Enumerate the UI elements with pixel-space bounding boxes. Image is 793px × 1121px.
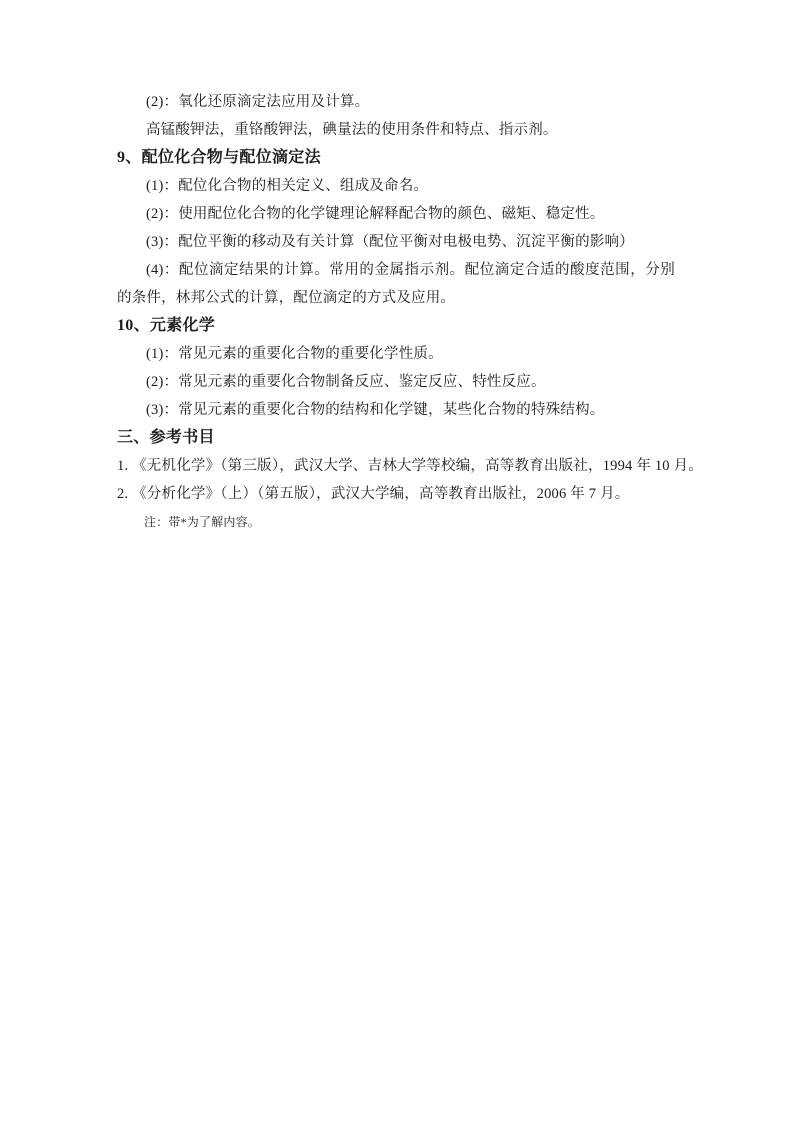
reference-item-inorganic-chemistry: 1. 《无机化学》（第三版），武汉大学、吉林大学等校编，高等教育出版社，1994…	[117, 452, 675, 480]
reference-item-analytical-chemistry: 2. 《分析化学》（上）（第五版），武汉大学编，高等教育出版社，2006 年 7…	[117, 480, 675, 508]
footnote-asterisk-note: 注：带*为了解内容。	[117, 508, 675, 536]
section-heading-element-chemistry: 10、元素化学	[117, 312, 675, 340]
body-line-element-reactions: (2)：常见元素的重要化合物制备反应、鉴定反应、特性反应。	[117, 368, 675, 396]
body-line-redox-application: (2)：氧化还原滴定法应用及计算。	[117, 88, 675, 116]
body-line-coordination-definitions: (1)：配位化合物的相关定义、组成及命名。	[117, 172, 675, 200]
body-line-permanganate-methods: 高锰酸钾法，重铬酸钾法，碘量法的使用条件和特点、指示剂。	[117, 116, 675, 144]
document-page: (2)：氧化还原滴定法应用及计算。 高锰酸钾法，重铬酸钾法，碘量法的使用条件和特…	[0, 0, 793, 1121]
body-line-equilibrium-shift: (3)：配位平衡的移动及有关计算（配位平衡对电极电势、沉淀平衡的影响）	[117, 228, 675, 256]
document-content: (2)：氧化还原滴定法应用及计算。 高锰酸钾法，重铬酸钾法，碘量法的使用条件和特…	[117, 88, 675, 536]
body-line-element-properties: (1)：常见元素的重要化合物的重要化学性质。	[117, 340, 675, 368]
body-line-element-structures: (3)：常见元素的重要化合物的结构和化学键，某些化合物的特殊结构。	[117, 396, 675, 424]
body-line-titration-continuation: 的条件，林邦公式的计算，配位滴定的方式及应用。	[117, 284, 675, 312]
body-line-bond-theory: (2)：使用配位化合物的化学键理论解释配合物的颜色、磁矩、稳定性。	[117, 200, 675, 228]
section-heading-coordination: 9、配位化合物与配位滴定法	[117, 144, 675, 172]
body-line-titration-results: (4)：配位滴定结果的计算。常用的金属指示剂。配位滴定合适的酸度范围，分别滴定	[117, 256, 675, 284]
section-heading-references: 三、参考书目	[117, 424, 675, 452]
